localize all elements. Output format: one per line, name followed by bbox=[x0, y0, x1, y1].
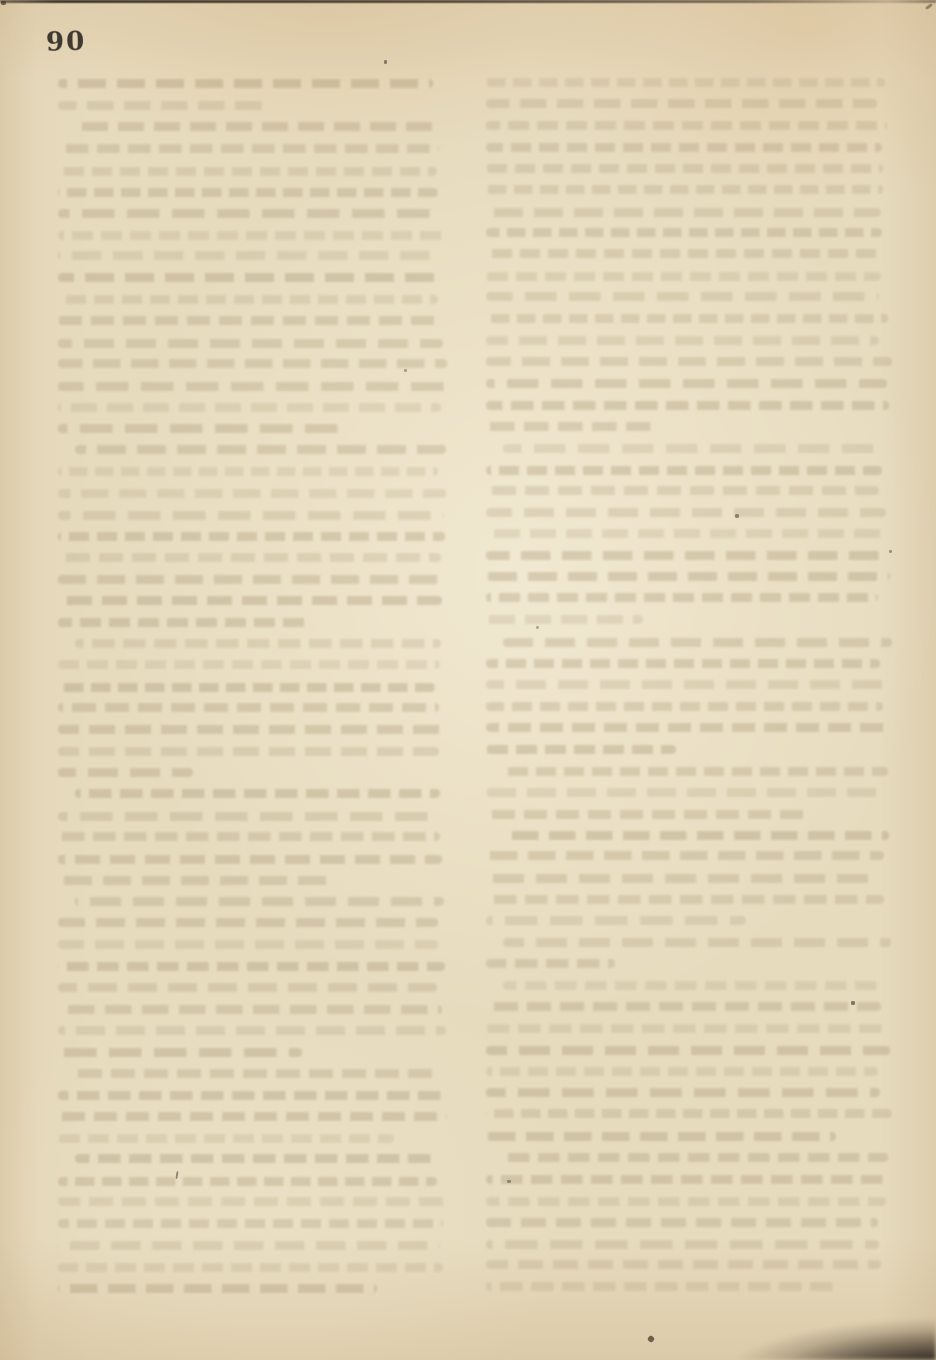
faded-text-line bbox=[58, 553, 441, 562]
faded-text-line bbox=[486, 272, 881, 281]
faded-text-line bbox=[486, 874, 878, 883]
faded-text-line bbox=[58, 1263, 443, 1272]
paper-speck bbox=[536, 626, 539, 629]
faded-text-line bbox=[486, 1067, 878, 1076]
faded-text-line bbox=[58, 940, 438, 949]
faded-text-line bbox=[503, 831, 889, 840]
faded-text-line bbox=[486, 1002, 881, 1011]
faded-text-line bbox=[486, 508, 886, 517]
faded-text-line bbox=[486, 851, 884, 860]
faded-text-line bbox=[486, 336, 879, 345]
faded-text-line bbox=[58, 403, 441, 412]
faded-text-line bbox=[58, 167, 437, 176]
faded-text-line bbox=[503, 938, 891, 947]
faded-text-line bbox=[58, 575, 445, 584]
faded-text-line bbox=[58, 768, 193, 777]
faded-text-line bbox=[58, 295, 438, 304]
faded-text-line bbox=[486, 551, 890, 560]
faded-text-line bbox=[58, 251, 440, 260]
faded-text-line bbox=[486, 143, 882, 152]
faded-text-line bbox=[486, 379, 887, 388]
faded-text-line bbox=[486, 959, 615, 968]
faded-text-line bbox=[486, 208, 881, 217]
faded-text-line bbox=[58, 359, 447, 368]
faded-text-line bbox=[58, 832, 440, 841]
faded-text-line bbox=[58, 1241, 440, 1250]
faded-text-line bbox=[486, 723, 889, 732]
paper-speck bbox=[889, 550, 892, 553]
faded-text-line bbox=[58, 1048, 302, 1057]
faded-text-line bbox=[75, 897, 444, 906]
faded-text-line bbox=[58, 101, 267, 110]
faded-text-line bbox=[486, 1260, 881, 1269]
faded-text-line bbox=[58, 209, 441, 218]
faded-text-line bbox=[58, 339, 443, 348]
faded-text-line bbox=[486, 1109, 892, 1118]
faded-text-line bbox=[58, 1177, 437, 1186]
faded-text-line bbox=[486, 1218, 878, 1227]
faded-text-line bbox=[486, 1240, 879, 1249]
faded-text-line bbox=[58, 273, 440, 282]
paper-speck bbox=[851, 1001, 855, 1005]
faded-text-line bbox=[58, 231, 447, 240]
faded-text-line bbox=[486, 788, 887, 797]
faded-text-line bbox=[486, 1282, 841, 1291]
faded-text-line bbox=[58, 532, 445, 541]
scan-top-edge-shadow bbox=[0, 0, 936, 3]
faded-text-line bbox=[486, 486, 879, 495]
faded-text-line bbox=[486, 745, 676, 754]
faded-text-line bbox=[486, 121, 887, 130]
faded-text-line bbox=[58, 1219, 443, 1228]
faded-text-line bbox=[58, 918, 438, 927]
faded-text-line bbox=[75, 445, 446, 454]
paper-speck bbox=[647, 1335, 655, 1343]
faded-text-line bbox=[58, 489, 446, 498]
faded-text-line bbox=[58, 683, 435, 692]
faded-text-line bbox=[486, 1088, 880, 1097]
faded-text-line bbox=[58, 725, 445, 734]
faded-text-line bbox=[503, 444, 878, 453]
page-number: 90 bbox=[46, 26, 87, 57]
faded-text-line bbox=[58, 1197, 448, 1206]
faded-text-line bbox=[486, 1132, 836, 1141]
faded-text-line bbox=[486, 249, 878, 258]
faded-text-line bbox=[75, 639, 441, 648]
faded-text-line bbox=[486, 916, 746, 925]
faded-text-line bbox=[503, 638, 892, 647]
faded-text-line bbox=[503, 1153, 888, 1162]
faded-text-line bbox=[486, 593, 878, 602]
faded-text-line bbox=[58, 467, 438, 476]
faded-text-line bbox=[486, 314, 888, 323]
faded-text-line bbox=[58, 382, 447, 391]
faded-text-line bbox=[58, 1005, 442, 1014]
faded-text-line bbox=[58, 144, 439, 153]
paper-speck bbox=[735, 514, 739, 518]
faded-text-line bbox=[58, 1091, 446, 1100]
paper-speck bbox=[1, 1, 6, 5]
faded-text-line bbox=[58, 983, 437, 992]
faded-text-line bbox=[58, 962, 445, 971]
faded-text-line bbox=[486, 615, 643, 624]
faded-text-line bbox=[486, 1175, 885, 1184]
faded-text-line bbox=[58, 316, 438, 325]
faded-text-line bbox=[75, 1069, 435, 1078]
faded-text-line bbox=[486, 1197, 886, 1206]
faded-text-line bbox=[58, 188, 438, 197]
faded-text-line bbox=[486, 228, 882, 237]
faded-text-line bbox=[486, 572, 890, 581]
faded-text-line bbox=[58, 1134, 394, 1143]
faded-text-line bbox=[486, 1046, 890, 1055]
scanned-page: 90 bbox=[0, 0, 936, 1360]
faded-text-line bbox=[486, 422, 657, 431]
faded-text-line bbox=[486, 466, 882, 475]
faded-text-line bbox=[58, 1112, 447, 1121]
faded-text-line bbox=[486, 702, 883, 711]
faded-text-line bbox=[58, 660, 440, 669]
faded-text-line bbox=[486, 164, 883, 173]
scan-corner-shadow bbox=[686, 1308, 936, 1360]
faded-text-line bbox=[75, 122, 438, 131]
faded-text-line bbox=[486, 401, 889, 410]
faded-text-line bbox=[58, 424, 339, 433]
faded-text-line bbox=[486, 78, 885, 87]
faded-text-line bbox=[75, 789, 440, 798]
faded-text-line bbox=[486, 895, 884, 904]
faded-text-line bbox=[503, 981, 878, 990]
faded-text-line bbox=[58, 618, 307, 627]
faded-text-line bbox=[58, 79, 433, 88]
faded-text-line bbox=[58, 1284, 377, 1293]
faded-text-line bbox=[486, 810, 812, 819]
paper-speck bbox=[404, 369, 407, 372]
faded-text-line bbox=[58, 876, 333, 885]
faded-text-line bbox=[486, 357, 892, 366]
paper-speck bbox=[507, 1180, 511, 1183]
faded-text-line bbox=[58, 812, 440, 821]
faded-text-line bbox=[503, 767, 888, 776]
faded-text-line bbox=[486, 529, 885, 538]
faded-text-line bbox=[486, 185, 883, 194]
faded-text-line bbox=[58, 511, 444, 520]
faded-text-line bbox=[75, 1154, 435, 1163]
faded-text-line bbox=[486, 1024, 884, 1033]
faded-text-line bbox=[486, 292, 879, 301]
faded-text-line bbox=[58, 855, 442, 864]
faded-text-line bbox=[486, 99, 877, 108]
faded-text-line bbox=[58, 703, 439, 712]
faded-text-line bbox=[58, 596, 442, 605]
paper-speck bbox=[384, 60, 387, 64]
faded-text-line bbox=[486, 680, 886, 689]
faded-text-line bbox=[486, 659, 880, 668]
paper-speck bbox=[925, 3, 933, 10]
faded-text-line bbox=[58, 747, 439, 756]
faded-text-line bbox=[58, 1026, 446, 1035]
